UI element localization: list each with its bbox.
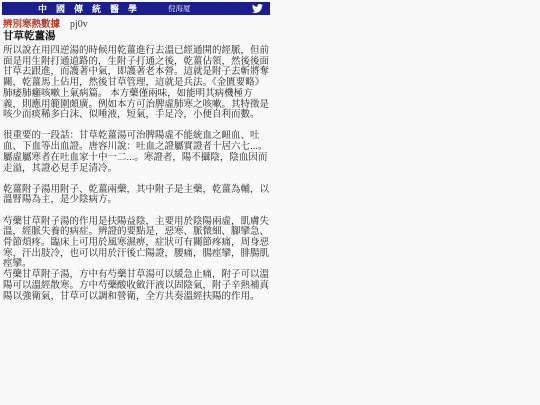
site-title: 中國傳統醫學 [38,2,146,15]
site-author: 倪海厦 [168,3,191,14]
page: 中國傳統醫學 倪海厦 辨別寒熱數據 pj0v 甘草乾薑湯 所以說在用四逆湯的時候… [0,0,540,405]
paragraph-2: 很重要的一段話：甘草乾薑湯可治脾陽虛不能統血之衄血、吐血、下血等出血證。唐容川說… [3,131,271,174]
article-title: 甘草乾薑湯 [3,28,271,43]
paragraph-1: 所以說在用四逆湯的時候用乾薑進行去溫已經通開的經脈，但前面是用生附打通道路的，生… [3,46,271,121]
site-header-bar: 中國傳統醫學 倪海厦 [2,2,270,15]
paragraph-5: 芍藥甘草附子湯，方中有芍藥甘草湯可以緩急止痛，附子可以溫陽可以溫經散寒。方中芍藥… [3,270,271,302]
twitter-icon[interactable] [252,3,263,14]
article: 甘草乾薑湯 所以說在用四逆湯的時候用乾薑進行去溫已經通開的經脈，但前面是用生附打… [3,28,271,302]
paragraph-4: 芍藥甘草附子湯的作用是扶陽益陰，主要用於陰陽兩虛，肌膚失溫，經脈失養的病症。辨證… [3,217,271,271]
paragraph-3: 乾薑附子湯用附子、乾薑兩藥，其中附子是主藥，乾薑為輔，以溫腎陽為主，是少陰病方。 [3,185,271,206]
